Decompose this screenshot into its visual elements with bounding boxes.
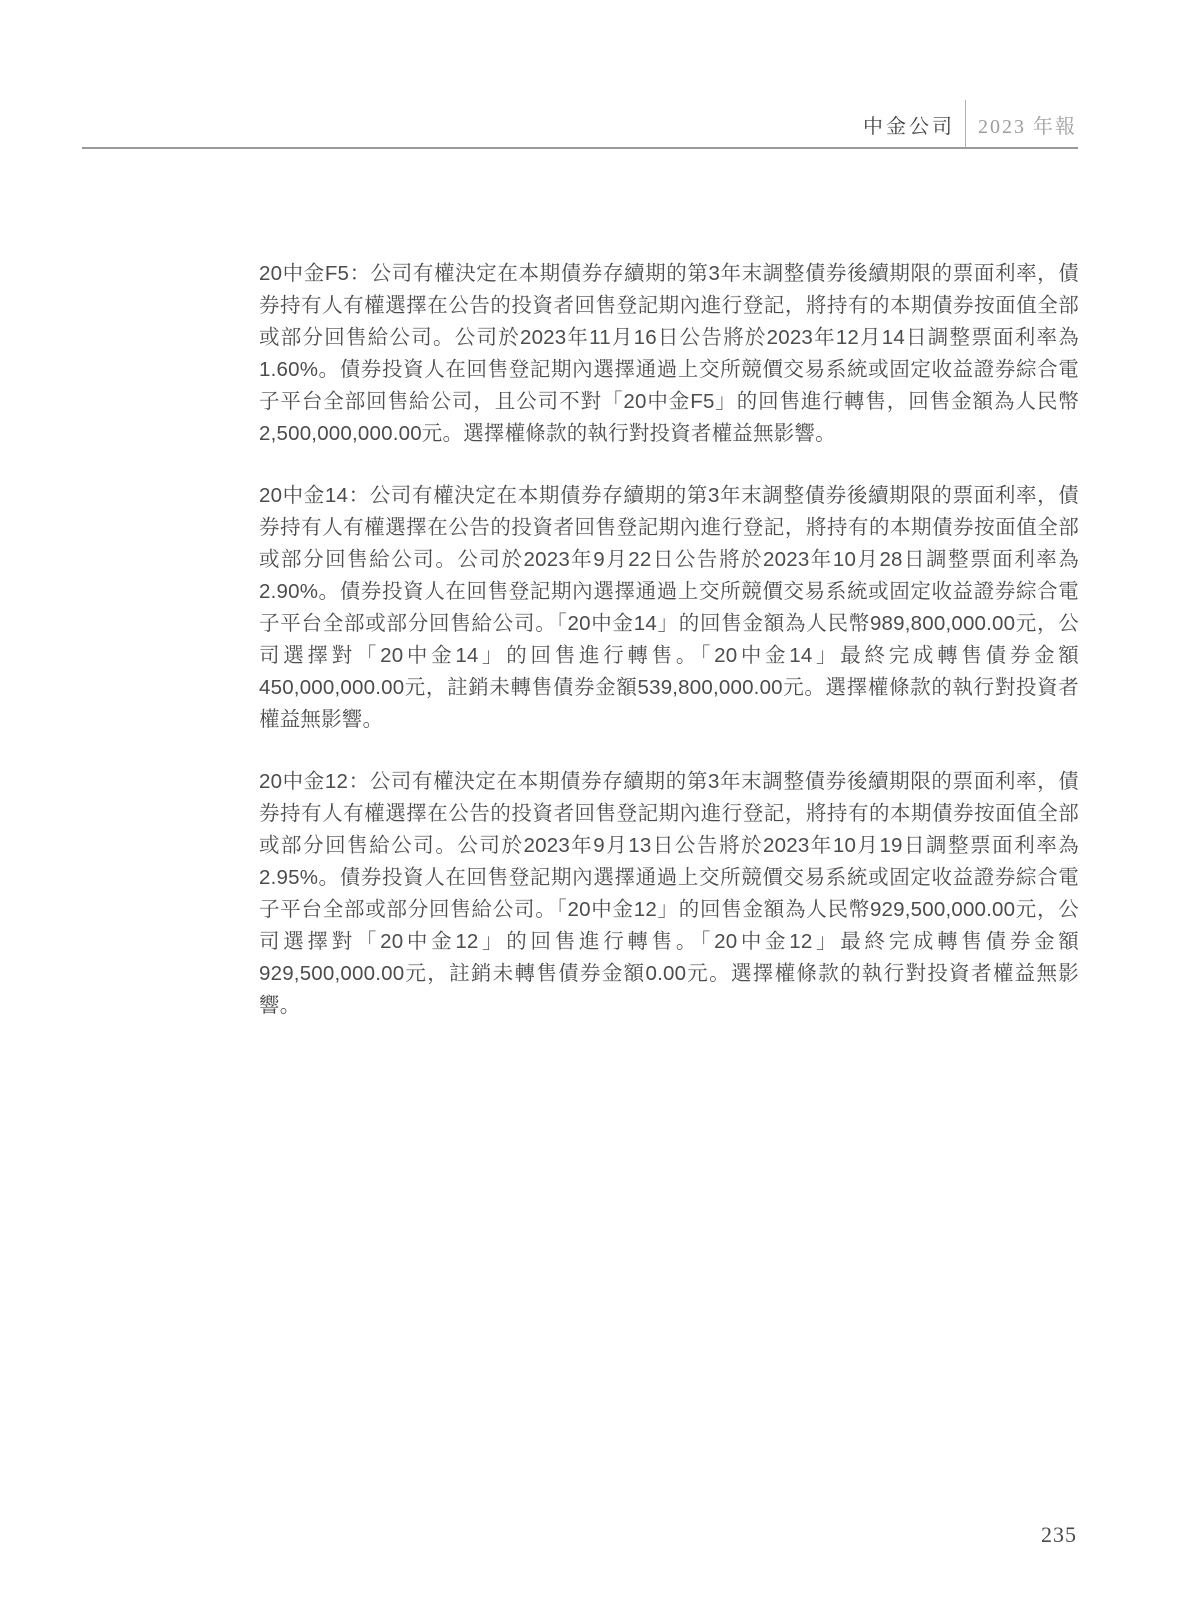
document-body: 20中金F5：公司有權決定在本期債券存續期的第3年末調整債券後續期限的票面利率，… [259, 258, 1079, 1022]
document-page: 中金公司 2023 年報 20中金F5：公司有權決定在本期債券存續期的第3年末調… [0, 0, 1190, 1615]
paragraph-bond-20cicc-14: 20中金14：公司有權決定在本期債券存續期的第3年末調整債券後續期限的票面利率，… [259, 480, 1079, 736]
header-rule [82, 147, 1078, 149]
page-footer: 235 [1041, 1522, 1077, 1548]
header-divider [965, 100, 966, 148]
header-report-title: 2023 年報 [978, 110, 1077, 139]
page-header: 中金公司 2023 年報 [863, 100, 1077, 148]
paragraph-bond-20cicc-12: 20中金12：公司有權決定在本期債券存續期的第3年末調整債券後續期限的票面利率，… [259, 766, 1079, 1022]
header-company-name: 中金公司 [863, 110, 955, 139]
page-number: 235 [1041, 1522, 1077, 1547]
paragraph-bond-20cicc-f5: 20中金F5：公司有權決定在本期債券存續期的第3年末調整債券後續期限的票面利率，… [259, 258, 1079, 450]
